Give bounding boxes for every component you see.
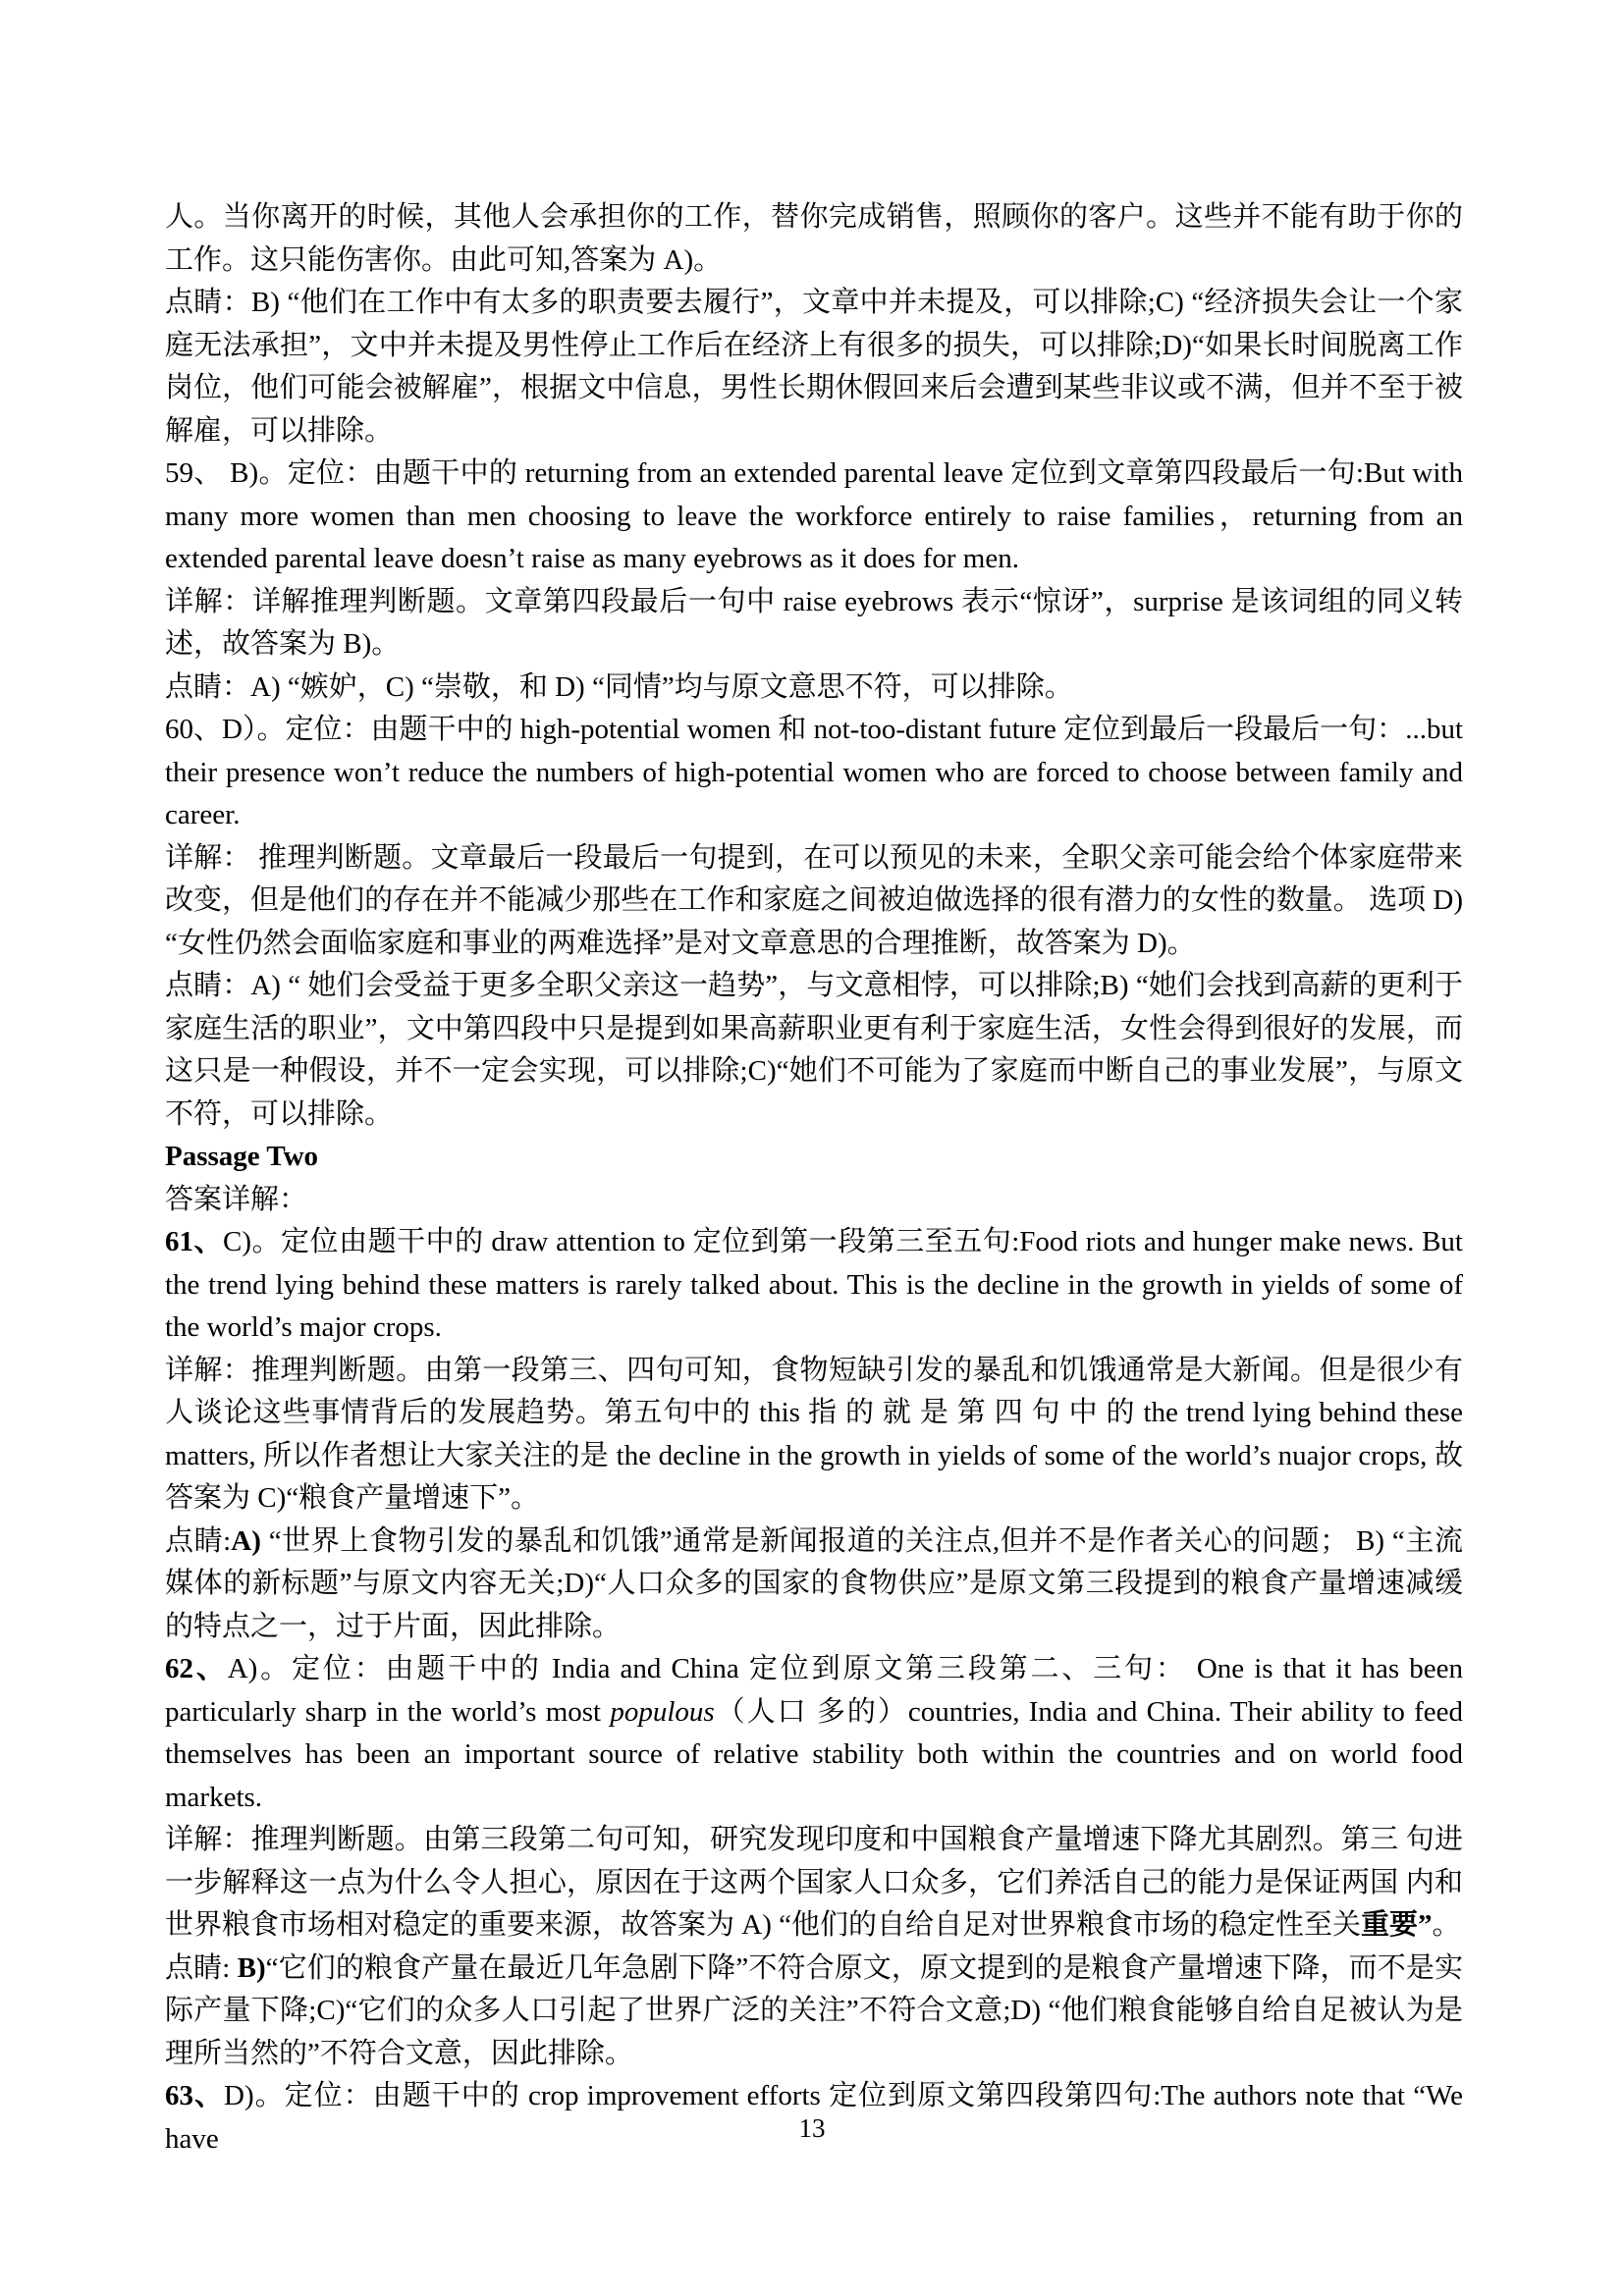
paragraph-59-tips: 点睛：A) “嫉妒，C) “崇敬，和 D) “同情”均与原文意思不符，可以排除。 [165, 667, 1463, 710]
text-run: “它们的粮食产量在最近几年急剧下降”不符合原文，原文提到的是粮食产量增速下降，而… [165, 1952, 1463, 2069]
text-run: 重要” [1361, 1909, 1433, 1941]
paragraph-61-locate: 61、C)。定位由题干中的 draw attention to 定位到第一段第三… [165, 1221, 1463, 1350]
document-page: 人。当你离开的时候，其他人会承担你的工作，替你完成销售，照顾你的客户。这些并不能… [0, 0, 1624, 2296]
paragraph-62-tips: 点睛: B)“它们的粮食产量在最近几年急剧下降”不符合原文，原文提到的是粮食产量… [165, 1948, 1463, 2076]
text-run: 点睛：A) “嫉妒，C) “崇敬，和 D) “同情”均与原文意思不符，可以排除。 [165, 671, 1073, 703]
text-run: 详解：详解推理判断题。文章第四段最后一句中 raise eyebrows 表示“… [165, 586, 1463, 661]
paragraph-58-tips: 点睛：B) “他们在工作中有太多的职责要去履行”，文章中并未提及，可以排除;C)… [165, 282, 1463, 453]
passage-two-heading: Passage Two [165, 1136, 1463, 1179]
answer-explain-label: 答案详解： [165, 1179, 1463, 1222]
paragraph-60-locate: 60、D）。定位：由题干中的 high-potential women 和 no… [165, 709, 1463, 837]
text-run: 人。当你离开的时候，其他人会承担你的工作，替你完成销售，照顾你的客户。这些并不能… [165, 201, 1463, 276]
text-run: 答案详解： [165, 1184, 307, 1215]
paragraph-59-explain: 详解：详解推理判断题。文章第四段最后一句中 raise eyebrows 表示“… [165, 581, 1463, 667]
text-run: 点睛: [165, 1952, 238, 1984]
paragraph-61-explain: 详解：推理判断题。由第一段第三、四句可知，食物短缺引发的暴乱和饥饿通常是大新闻。… [165, 1350, 1463, 1521]
paragraph-60-tips: 点睛：A) “ 她们会受益于更多全职父亲这一趋势”，与文意相悖，可以排除;B) … [165, 965, 1463, 1136]
text-run: 详解：推理判断题。由第一段第三、四句可知，食物短缺引发的暴乱和饥饿通常是大新闻。… [165, 1355, 1463, 1515]
paragraph-62-explain: 详解：推理判断题。由第三段第二句可知，研究发现印度和中国粮食产量增速下降尤其剧烈… [165, 1819, 1463, 1948]
page-number: 13 [0, 2110, 1624, 2146]
text-run: populous [610, 1696, 714, 1728]
text-run: A) [231, 1525, 261, 1557]
text-run: 详解： 推理判断题。文章最后一段最后一句提到，在可以预见的未来，全职父亲可能会给… [165, 842, 1463, 959]
text-run: 详解：推理判断题。由第三段第二句可知，研究发现印度和中国粮食产量增速下降尤其剧烈… [165, 1824, 1463, 1941]
text-run: 60、D）。定位：由题干中的 high-potential women 和 no… [165, 714, 1463, 830]
text-run: 59、 B)。定位：由题干中的 returning from an extend… [165, 457, 1463, 574]
text-run: 点睛: [165, 1525, 231, 1557]
document-body: 人。当你离开的时候，其他人会承担你的工作，替你完成销售，照顾你的客户。这些并不能… [165, 196, 1463, 2161]
paragraph-62-locate: 62、A)。定位：由题干中的 India and China 定位到原文第三段第… [165, 1648, 1463, 1819]
text-run: 点睛：B) “他们在工作中有太多的职责要去履行”，文章中并未提及，可以排除;C)… [165, 287, 1463, 447]
paragraph-60-explain: 详解： 推理判断题。文章最后一段最后一句提到，在可以预见的未来，全职父亲可能会给… [165, 837, 1463, 966]
text-run: C)。定位由题干中的 draw attention to 定位到第一段第三至五句… [165, 1226, 1463, 1343]
text-run: 61、 [165, 1226, 223, 1257]
paragraph-61-tips: 点睛:A) “世界上食物引发的暴乱和饥饿”通常是新闻报道的关注点,但并不是作者关… [165, 1521, 1463, 1649]
text-run: 。 [1433, 1909, 1461, 1941]
text-run: 62、 [165, 1653, 228, 1684]
text-run: B) [238, 1952, 266, 1984]
text-run: 点睛：A) “ 她们会受益于更多全职父亲这一趋势”，与文意相悖，可以排除;B) … [165, 970, 1463, 1130]
paragraph-58-explain-tail: 人。当你离开的时候，其他人会承担你的工作，替你完成销售，照顾你的客户。这些并不能… [165, 196, 1463, 282]
paragraph-59-locate: 59、 B)。定位：由题干中的 returning from an extend… [165, 453, 1463, 581]
text-run: 63、 [165, 2080, 224, 2111]
text-run: “世界上食物引发的暴乱和饥饿”通常是新闻报道的关注点,但并不是作者关心的问题； … [165, 1525, 1463, 1642]
text-run: Passage Two [165, 1141, 318, 1172]
